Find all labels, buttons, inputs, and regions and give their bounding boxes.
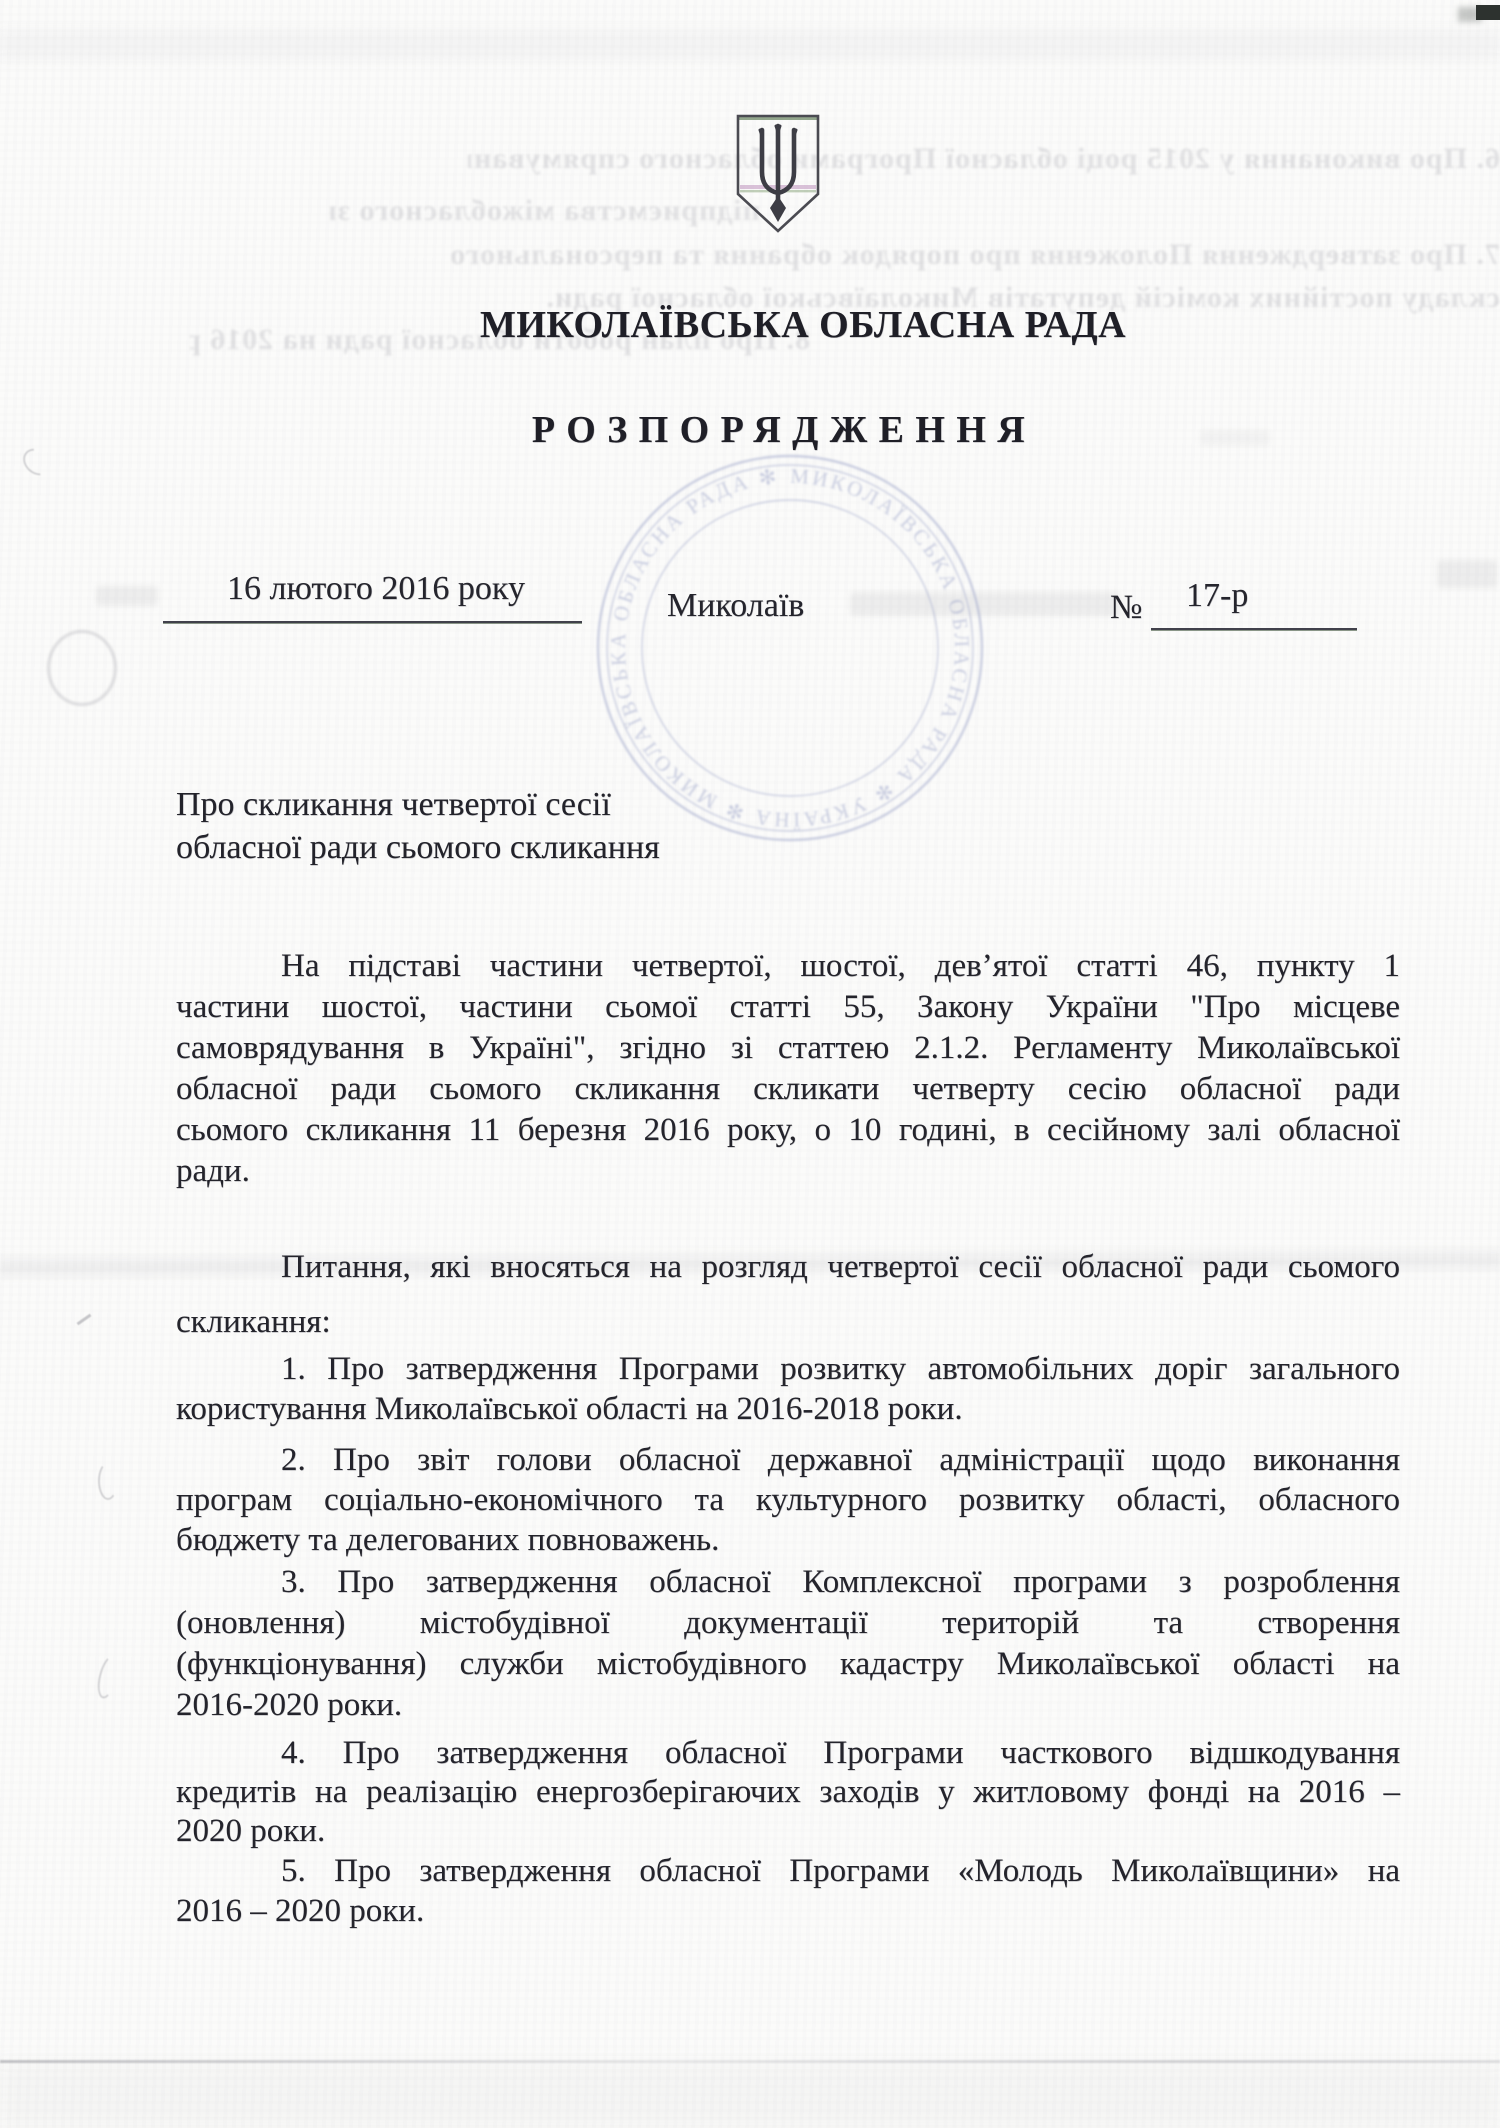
bleedthrough-line: підприємства міжобласного значення за 20… [330, 194, 760, 228]
list-item-line: 1. Про затвердження Програми розвитку ав… [176, 1349, 1400, 1389]
bleedthrough-line: 7. Про затвердження Положення про порядо… [118, 238, 1500, 272]
scan-shading-bottom [0, 2062, 1500, 2128]
paper-fold-mark [18, 443, 56, 481]
date-field: 16 лютого 2016 року [227, 570, 525, 608]
doc-type-title: РОЗПОРЯДЖЕННЯ [528, 408, 1040, 452]
list-item-line: програм соціально-економічного та культу… [176, 1480, 1400, 1520]
subject-block: Про скликання четвертої сесії обласної р… [176, 783, 660, 869]
pencil-tick-mark [77, 1314, 92, 1326]
date-underline [163, 621, 582, 624]
list-item-4: 4. Про затвердження обласної Програми ча… [176, 1734, 1400, 1851]
list-item-5: 5. Про затвердження обласної Програми «М… [176, 1851, 1400, 1931]
subject-line-1: Про скликання четвертої сесії [176, 783, 660, 826]
punch-hole-mark [47, 630, 117, 706]
paragraph-questions-intro: Питання, які вносяться на розгляд четвер… [176, 1240, 1400, 1350]
paragraph-line: На підставі частини четвертої, шостої, д… [176, 946, 1400, 987]
list-item-line: 5. Про затвердження обласної Програми «М… [176, 1851, 1400, 1891]
paragraph-legal-basis: На підставі частини четвертої, шостої, д… [176, 946, 1400, 1192]
ukraine-trident-emblem-icon [731, 112, 825, 236]
scanned-document-page: 6. Про виконання у 2015 році обласної Пр… [0, 0, 1500, 2128]
org-title: МИКОЛАЇВСЬКА ОБЛАСНА РАДА [480, 303, 1096, 347]
list-item-2: 2. Про звіт голови обласної державної ад… [176, 1440, 1400, 1560]
list-item-3: 3. Про затвердження обласної Комплексної… [176, 1562, 1400, 1726]
list-item-line: 2016-2020 роки. [176, 1685, 1400, 1726]
paper-crease-line [0, 2060, 1500, 2063]
paragraph-line: самоврядування в Україні", згідно зі ста… [176, 1028, 1400, 1069]
bleedthrough-line: 6. Про виконання у 2015 році обласної Пр… [468, 142, 1500, 176]
list-item-line: (оновлення) містобудівної документації т… [176, 1603, 1400, 1644]
list-item-line: користування Миколаївської області на 20… [176, 1389, 1400, 1429]
paragraph-line: частини шостої, частини сьомої статті 55… [176, 987, 1400, 1028]
list-item-line: 2016 – 2020 роки. [176, 1891, 1400, 1931]
paragraph-line: Питання, які вносяться на розгляд четвер… [176, 1240, 1400, 1295]
list-item-1: 1. Про затвердження Програми розвитку ав… [176, 1349, 1400, 1429]
list-item-line: (функціонування) служби містобудівного к… [176, 1644, 1400, 1685]
paragraph-line: скликання: [176, 1295, 1400, 1350]
paragraph-line: ради. [176, 1151, 1400, 1192]
scan-artifact-corner [1476, 5, 1500, 20]
paper-fold-mark [98, 1462, 118, 1500]
place-field: Миколаїв [667, 587, 804, 625]
list-item-line: кредитів на реалізацію енергозберігаючих… [176, 1773, 1400, 1812]
list-item-line: 3. Про затвердження обласної Комплексної… [176, 1562, 1400, 1603]
scan-shading-top [0, 30, 1500, 60]
bleedthrough-smudge [1437, 560, 1497, 588]
paragraph-line: обласної ради сьомого скликання скликати… [176, 1069, 1400, 1110]
bleedthrough-smudge [1200, 430, 1270, 446]
list-item-line: 2020 роки. [176, 1812, 1400, 1851]
paragraph-line: сьомого скликання 11 березня 2016 року, … [176, 1110, 1400, 1151]
subject-line-2: обласної ради сьомого скликання [176, 826, 660, 869]
list-item-line: бюджету та делегованих повноважень. [176, 1520, 1400, 1560]
bleedthrough-smudge [96, 586, 158, 606]
number-sign: № [1110, 589, 1142, 627]
paper-fold-mark [94, 1653, 122, 1700]
list-item-line: 4. Про затвердження обласної Програми ча… [176, 1734, 1400, 1773]
number-underline [1151, 628, 1357, 631]
list-item-line: 2. Про звіт голови обласної державної ад… [176, 1440, 1400, 1480]
number-value: 17-р [1186, 577, 1248, 615]
